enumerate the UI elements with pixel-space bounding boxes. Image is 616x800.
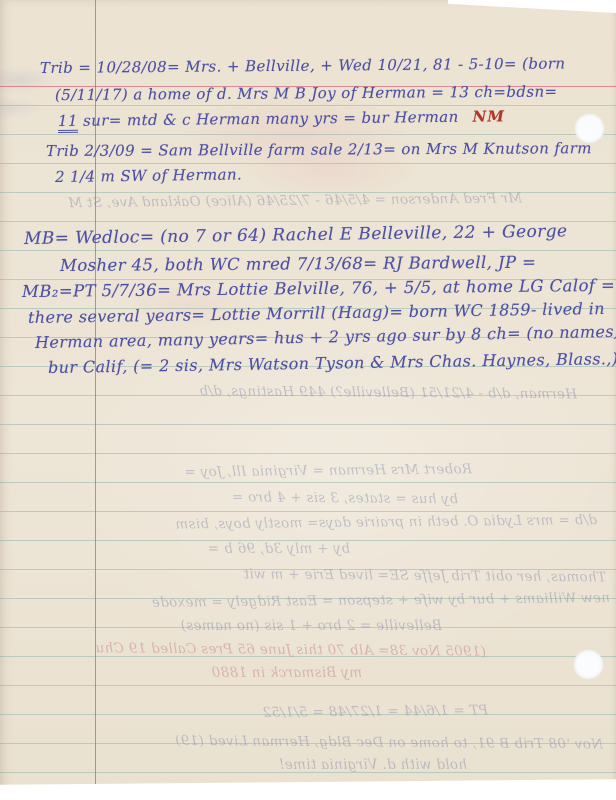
handwritten-line: 2 1/4 m SW of Herman.	[55, 165, 242, 186]
bleedthrough-line: hold with d. Virginia time!	[212, 757, 467, 773]
bleedthrough-line: (1905 Nov 38= Alb 70 this June 65 Pres C…	[116, 640, 486, 659]
red-ink-annotation: NM	[473, 107, 506, 125]
bleedthrough-line: by + mly 3d, 96 b =	[150, 541, 350, 557]
scanned-notebook-page: Mr Fred Anderson = 4/5/46 - 7/25/46 (Ali…	[0, 0, 616, 800]
bleedthrough-line: my Bismarck in 1880	[142, 665, 362, 681]
handwritten-line: Trib 2/3/09 = Sam Bellville farm sale 2/…	[46, 139, 592, 160]
handwritten-line: (5/11/17) a home of d. Mrs M B Joy of He…	[55, 82, 558, 104]
bleedthrough-line: by hus = states, 3 sis + 4 bro =	[168, 489, 458, 508]
bleedthrough-line: PT = 1/6/44 = 1/27/48 = 5/1/52	[178, 702, 488, 721]
hole-punch	[574, 650, 603, 679]
hole-punch	[575, 114, 604, 143]
double-underlined-number: 11	[58, 112, 78, 133]
handwritten-line: Mosher 45, both WC mred 7/13/68= RJ Bard…	[60, 253, 536, 275]
bleedthrough-line: Belleville = 2 bro + 1 sis (no names)	[112, 618, 442, 634]
